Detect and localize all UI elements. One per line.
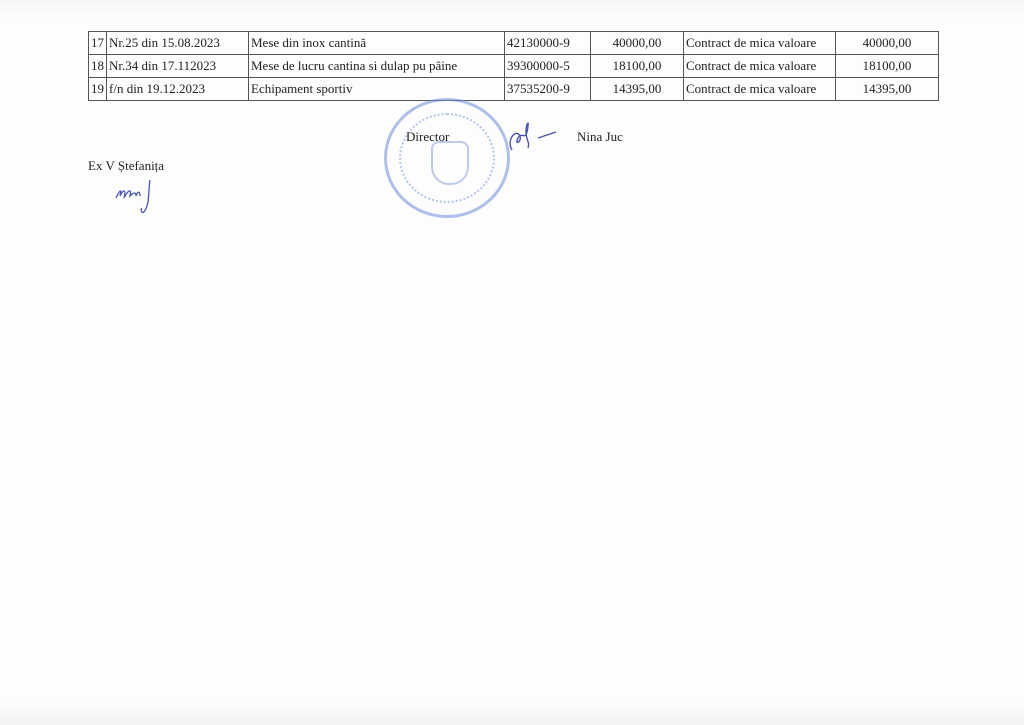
row-number-cell: 19 — [89, 78, 107, 101]
estimated-value-cell: 40000,00 — [591, 32, 684, 55]
director-label: Director — [406, 129, 449, 145]
contract-document-cell: f/n din 19.12.2023 — [107, 78, 249, 101]
procurement-table: 17Nr.25 din 15.08.2023Mese din inox cant… — [88, 31, 939, 101]
contract-amount-cell: 40000,00 — [836, 32, 939, 55]
executor-label: Ex V Ștefanița — [88, 158, 164, 174]
cpv-code-cell: 37535200-9 — [505, 78, 591, 101]
cpv-code-cell: 42130000-9 — [505, 32, 591, 55]
procurement-object-cell: Echipament sportiv — [249, 78, 505, 101]
director-name: Nina Juc — [577, 129, 623, 145]
contract-document-cell: Nr.25 din 15.08.2023 — [107, 32, 249, 55]
table-row: 17Nr.25 din 15.08.2023Mese din inox cant… — [89, 32, 939, 55]
procurement-object-cell: Mese de lucru cantina si dulap pu pâine — [249, 55, 505, 78]
cpv-code-cell: 39300000-5 — [505, 55, 591, 78]
table-row: 19f/n din 19.12.2023Echipament sportiv37… — [89, 78, 939, 101]
procedure-type-cell: Contract de mica valoare — [684, 55, 836, 78]
row-number-cell: 17 — [89, 32, 107, 55]
official-stamp — [384, 98, 510, 218]
contract-document-cell: Nr.34 din 17.112023 — [107, 55, 249, 78]
table-row: 18Nr.34 din 17.112023Mese de lucru canti… — [89, 55, 939, 78]
executor-signature — [112, 176, 162, 216]
row-number-cell: 18 — [89, 55, 107, 78]
contract-amount-cell: 18100,00 — [836, 55, 939, 78]
procedure-type-cell: Contract de mica valoare — [684, 32, 836, 55]
procedure-type-cell: Contract de mica valoare — [684, 78, 836, 101]
contract-amount-cell: 14395,00 — [836, 78, 939, 101]
procurement-object-cell: Mese din inox cantină — [249, 32, 505, 55]
scanned-page-background — [0, 0, 1024, 725]
director-signature — [504, 118, 564, 156]
estimated-value-cell: 14395,00 — [591, 78, 684, 101]
estimated-value-cell: 18100,00 — [591, 55, 684, 78]
